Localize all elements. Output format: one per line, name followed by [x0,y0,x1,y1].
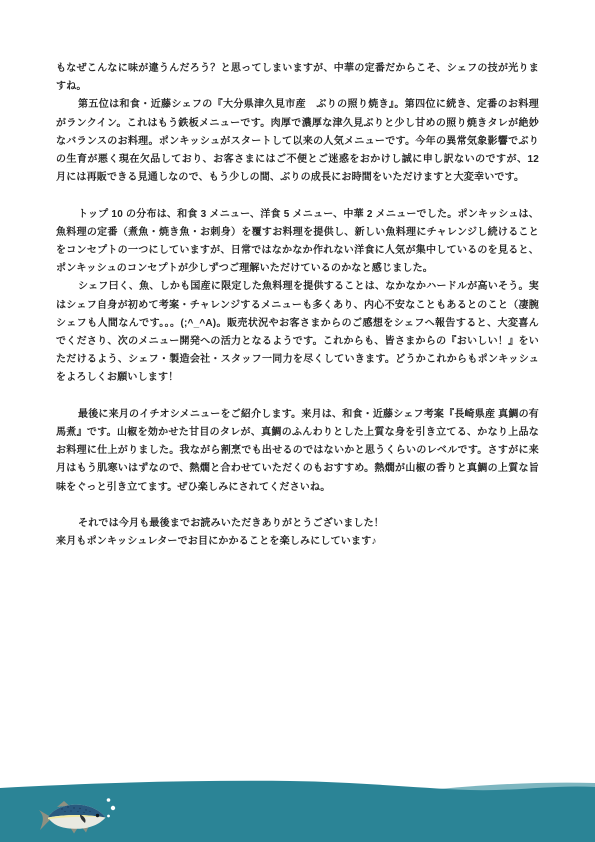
paragraph: それでは今月も最後までお読みいただきありがとうございました！ [56,515,539,533]
paragraph: シェフ曰く、魚、しかも国産に限定した魚料理を提供することは、なかなかハードルが高… [56,278,539,387]
fish-eye [96,814,99,817]
paragraph: 最後に来月のイチオシメニューをご紹介します。来月は、和食・近藤シェフ考案『長崎県… [56,406,539,497]
paragraph: もなぜこんなに味が違うんだろう？と思ってしまいますが、中華の定番だからこそ、シェ… [56,60,539,96]
paragraph: 第五位は和食・近藤シェフの『大分県津久見市産 ぶりの照り焼き』。第四位に続き、定… [56,96,539,187]
body-text: もなぜこんなに味が違うんだろう？と思ってしまいますが、中華の定番だからこそ、シェ… [56,60,539,551]
paragraph: 来月もポンキッシュレターでお目にかかることを楽しみにしています♪ [56,533,539,551]
newsletter-page: もなぜこんなに味が違うんだろう？と思ってしまいますが、中華の定番だからこそ、シェ… [0,0,595,842]
paragraph: トップ 10 の分布は、和食 3 メニュー、洋食 5 メニュー、中華 2 メニュ… [56,206,539,279]
wave-decoration [0,730,595,842]
page: { "page": { "background_color": "#ffffff… [0,0,595,842]
